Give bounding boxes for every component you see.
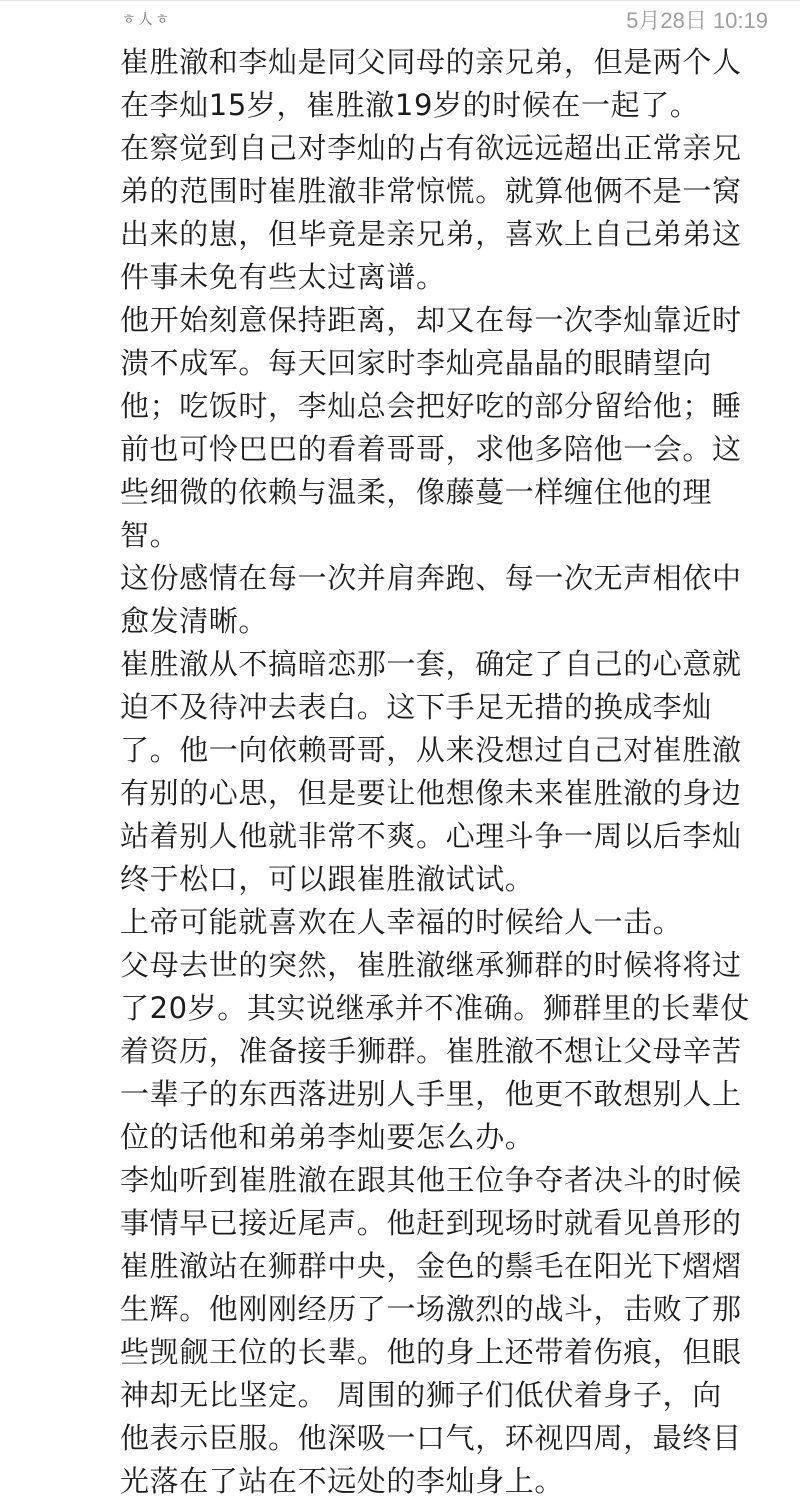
note-line: 些细微的依赖与温柔，像藤蔓一样缠住他的理 bbox=[120, 471, 790, 514]
note-line: 一辈子的东西落进别人手里，他更不敢想别人上 bbox=[120, 1073, 790, 1116]
note-line: 终于松口，可以跟崔胜澈试试。 bbox=[120, 858, 790, 901]
note-timestamp: 5月28日 10:19 bbox=[626, 7, 768, 35]
note-line: 李灿听到崔胜澈在跟其他王位争夺者决斗的时候 bbox=[120, 1159, 790, 1202]
note-line: 事情早已接近尾声。他赶到现场时就看见兽形的 bbox=[120, 1202, 790, 1245]
note-line: 智。 bbox=[120, 514, 790, 557]
note-line: 在李灿15岁，崔胜澈19岁的时候在一起了。 bbox=[120, 84, 790, 127]
note-line: 些觊觎王位的长辈。他的身上还带着伤痕，但眼 bbox=[120, 1331, 790, 1374]
note-header: ㅎ人ㅎ 5月28日 10:19 bbox=[0, 0, 800, 40]
note-line: 溃不成军。每天回家时李灿亮晶晶的眼睛望向 bbox=[120, 342, 790, 385]
note-line: 站着别人他就非常不爽。心理斗争一周以后李灿 bbox=[120, 815, 790, 858]
note-line: 父母去世的突然，崔胜澈继承狮群的时候将将过 bbox=[120, 944, 790, 987]
note-line: 了。他一向依赖哥哥，从来没想过自己对崔胜澈 bbox=[120, 729, 790, 772]
note-line: 崔胜澈站在狮群中央，金色的鬃毛在阳光下熠熠 bbox=[120, 1245, 790, 1288]
note-line: 在察觉到自己对李灿的占有欲远远超出正常亲兄 bbox=[120, 127, 790, 170]
note-line: 神却无比坚定。 周围的狮子们低伏着身子，向 bbox=[120, 1374, 790, 1417]
note-line: 愈发清晰。 bbox=[120, 600, 790, 643]
note-line: 崔胜澈从不搞暗恋那一套，确定了自己的心意就 bbox=[120, 643, 790, 686]
note-line: 他表示臣服。他深吸一口气，环视四周，最终目 bbox=[120, 1417, 790, 1460]
note-line: 迫不及待冲去表白。这下手足无措的换成李灿 bbox=[120, 686, 790, 729]
note-line: 了20岁。其实说继承并不准确。狮群里的长辈仗 bbox=[120, 987, 790, 1030]
note-line: 件事未免有些太过离谱。 bbox=[120, 256, 790, 299]
note-line: 生辉。他刚刚经历了一场激烈的战斗，击败了那 bbox=[120, 1288, 790, 1331]
note-line: 有别的心思，但是要让他想像未来崔胜澈的身边 bbox=[120, 772, 790, 815]
note-line: 出来的崽，但毕竟是亲兄弟，喜欢上自己弟弟这 bbox=[120, 213, 790, 256]
note-line: 他开始刻意保持距离，却又在每一次李灿靠近时 bbox=[120, 299, 790, 342]
note-line: 光落在了站在不远处的李灿身上。 bbox=[120, 1460, 790, 1503]
note-line: 位的话他和弟弟李灿要怎么办。 bbox=[120, 1116, 790, 1159]
note-line: 前也可怜巴巴的看着哥哥，求他多陪他一会。这 bbox=[120, 428, 790, 471]
note-line: 这份感情在每一次并肩奔跑、每一次无声相依中 bbox=[120, 557, 790, 600]
note-line: 弟的范围时崔胜澈非常惊慌。就算他俩不是一窝 bbox=[120, 170, 790, 213]
note-line: 着资历，准备接手狮群。崔胜澈不想让父母辛苦 bbox=[120, 1030, 790, 1073]
note-line: 他；吃饭时，李灿总会把好吃的部分留给他；睡 bbox=[120, 385, 790, 428]
note-line: 上帝可能就喜欢在人幸福的时候给人一击。 bbox=[120, 901, 790, 944]
note-line: 崔胜澈和李灿是同父同母的亲兄弟，但是两个人 bbox=[120, 41, 790, 84]
note-body[interactable]: 崔胜澈和李灿是同父同母的亲兄弟，但是两个人 在李灿15岁，崔胜澈19岁的时候在一… bbox=[120, 41, 790, 1503]
note-author: ㅎ人ㅎ bbox=[122, 10, 172, 30]
